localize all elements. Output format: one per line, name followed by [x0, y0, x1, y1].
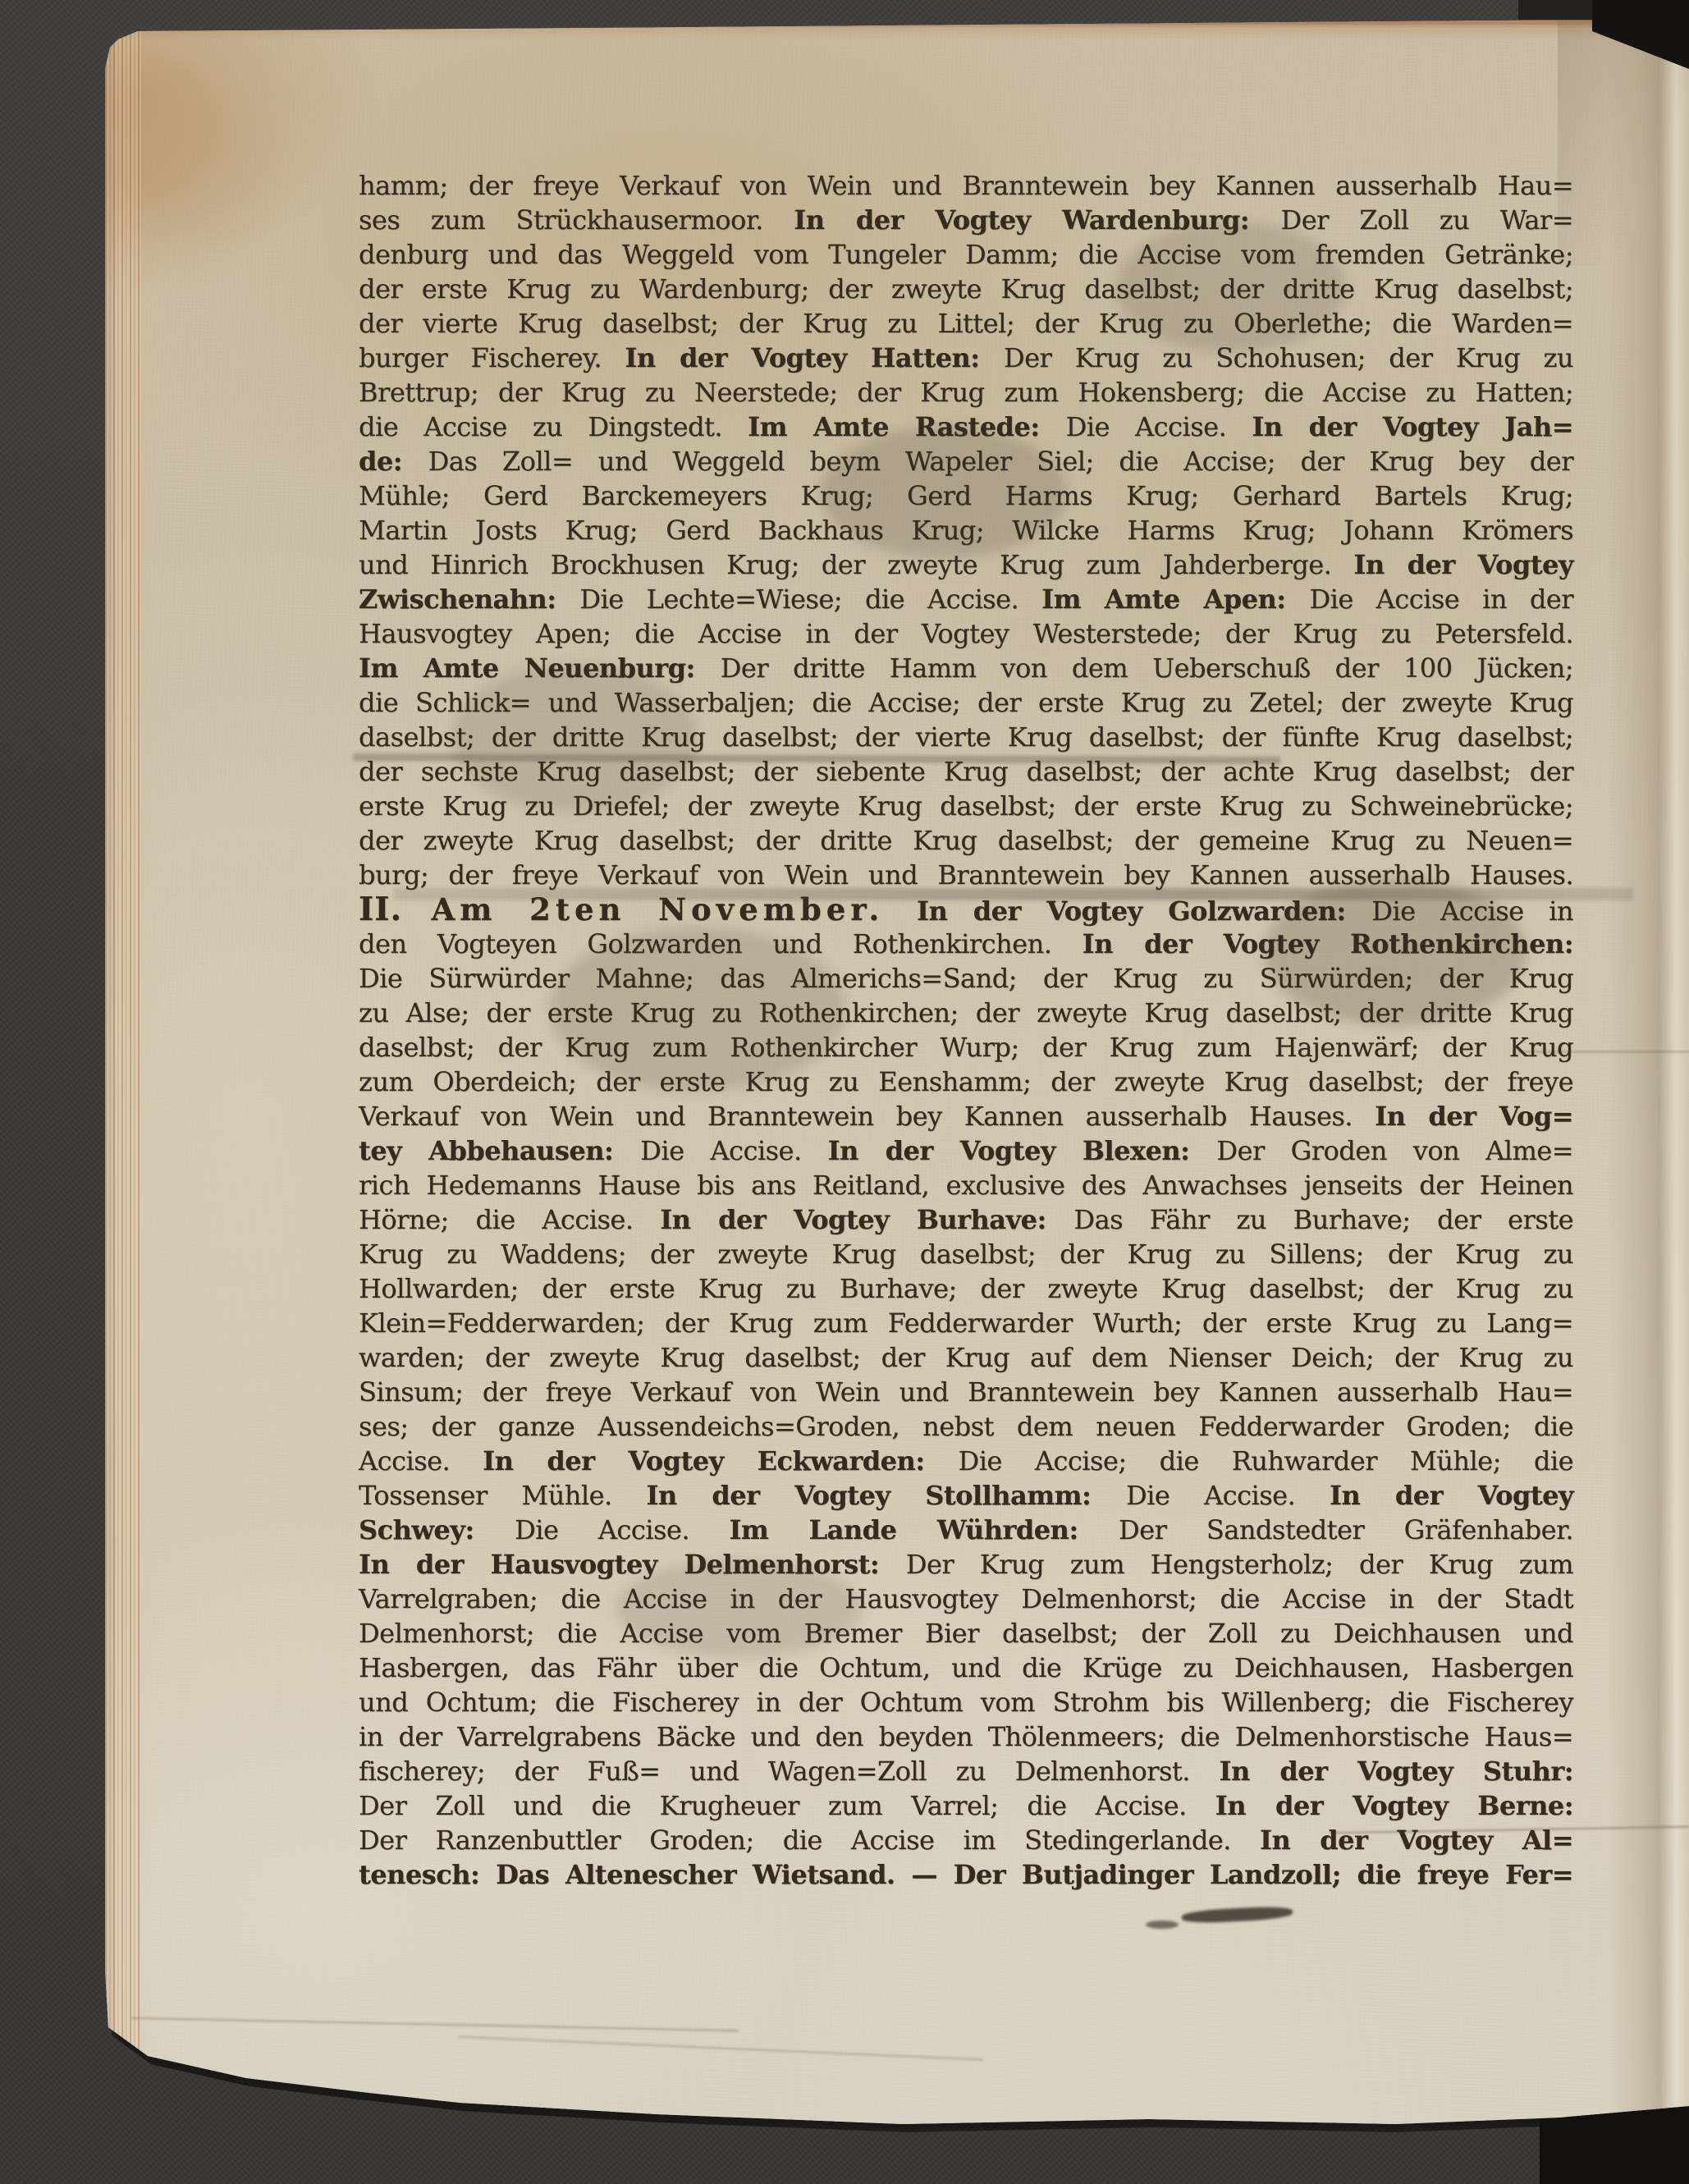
text-segment: Der Krug zum Hengsterholz; der Krug zum — [906, 1549, 1573, 1580]
text-segment-emphasis: Schwey: — [359, 1514, 515, 1545]
text-segment: Der dritte Hamm von dem Ueberschuß der 1… — [721, 652, 1573, 684]
text-segment-emphasis: In der Vog= — [1375, 1101, 1573, 1132]
text-segment: Der Zoll zu War= — [1281, 204, 1573, 236]
text-segment-emphasis: In der Vogtey Stuhr: — [1220, 1756, 1573, 1787]
text-segment: Die Accise; die Ruhwarder Mühle; die — [959, 1445, 1573, 1477]
text-segment: Die Accise in — [1371, 895, 1573, 927]
text-line: zum Oberdeich; der erste Krug zu Eensham… — [359, 1065, 1573, 1099]
text-segment-emphasis: Im Lande Wührden: — [729, 1514, 1119, 1545]
text-segment-emphasis: In der Vogtey Eckwarden: — [483, 1445, 958, 1477]
text-line: Hasbergen, das Fähr über die Ochtum, und… — [359, 1651, 1573, 1685]
text-line: daselbst; der dritte Krug daselbst; der … — [359, 720, 1573, 754]
text-line: Klein=Fedderwarden; der Krug zum Fedderw… — [359, 1306, 1573, 1340]
text-segment: Die Sürwürder Mahne; das Almerichs=Sand;… — [359, 963, 1573, 994]
text-segment: die Schlick= und Wasserbaljen; die Accis… — [359, 687, 1573, 718]
text-segment: der erste Krug zu Wardenburg; der zweyte… — [359, 273, 1573, 304]
text-segment-emphasis: Am 2ten November. — [432, 891, 917, 927]
text-segment-emphasis: de: — [359, 446, 428, 477]
text-line: ses zum Strückhausermoor. In der Vogtey … — [359, 203, 1573, 237]
text-segment: Die Accise. — [1066, 411, 1252, 442]
text-line: zu Alse; der erste Krug zu Rothenkirchen… — [359, 996, 1573, 1030]
text-segment: Mühle; Gerd Barckemeyers Krug; Gerd Harm… — [359, 480, 1573, 511]
text-segment: rich Hedemanns Hause bis ans Reitland, e… — [359, 1170, 1573, 1201]
text-line: der sechste Krug daselbst; der siebente … — [359, 754, 1573, 789]
page-text-block: hamm; der freye Verkauf von Wein und Bra… — [359, 168, 1573, 1892]
text-segment-emphasis: Im Amte Rastede: — [748, 411, 1066, 442]
mask-top-right-shade — [1518, 0, 1596, 20]
text-segment: Krug zu Waddens; der zweyte Krug daselbs… — [359, 1239, 1573, 1270]
text-segment: Hörne; die Accise. — [359, 1204, 660, 1235]
text-line: Martin Josts Krug; Gerd Backhaus Krug; W… — [359, 513, 1573, 547]
text-line: und Ochtum; die Fischerey in der Ochtum … — [359, 1685, 1573, 1719]
text-segment: der zweyte Krug daselbst; der dritte Kru… — [359, 825, 1573, 856]
text-line: burger Fischerey. In der Vogtey Hatten: … — [359, 341, 1573, 375]
text-segment: in der Varrelgrabens Bäcke und den beyde… — [359, 1721, 1573, 1752]
book-page: hamm; der freye Verkauf von Wein und Bra… — [105, 20, 1689, 2129]
text-segment: burger Fischerey. — [359, 342, 625, 373]
text-segment: Accise. — [359, 1445, 483, 1477]
text-segment: Die Accise. — [1126, 1480, 1330, 1511]
text-line: Im Amte Neuenburg: Der dritte Hamm von d… — [359, 651, 1573, 685]
text-segment: Klein=Fedderwarden; der Krug zum Fedderw… — [359, 1307, 1573, 1339]
text-segment: und Hinrich Brockhusen Krug; der zweyte … — [359, 549, 1353, 580]
text-line: der zweyte Krug daselbst; der dritte Kru… — [359, 823, 1573, 858]
text-segment: Hasbergen, das Fähr über die Ochtum, und… — [359, 1652, 1573, 1683]
text-line: Tossenser Mühle. In der Vogtey Stollhamm… — [359, 1478, 1573, 1513]
text-line: Brettrup; der Krug zu Neerstede; der Kru… — [359, 375, 1573, 410]
text-segment: Die Accise in der — [1309, 584, 1573, 615]
text-segment-emphasis: tenesch: — [359, 1859, 496, 1890]
scanned-book-photo: hamm; der freye Verkauf von Wein und Bra… — [0, 0, 1689, 2184]
text-segment: Der Ranzenbuttler Groden; die Accise im … — [359, 1825, 1260, 1856]
text-line: fischerey; der Fuß= und Wagen=Zoll zu De… — [359, 1754, 1573, 1788]
text-line: und Hinrich Brockhusen Krug; der zweyte … — [359, 547, 1573, 582]
text-segment: warden; der zweyte Krug daselbst; der Kr… — [359, 1342, 1573, 1373]
text-line: den Vogteyen Golzwarden und Rothenkirche… — [359, 927, 1573, 961]
text-segment: der sechste Krug daselbst; der siebente … — [359, 756, 1573, 787]
text-line: denburg und das Weggeld vom Tungeler Dam… — [359, 237, 1573, 272]
text-line: Mühle; Gerd Barckemeyers Krug; Gerd Harm… — [359, 478, 1573, 513]
text-line: die Schlick= und Wasserbaljen; die Accis… — [359, 685, 1573, 720]
text-line: rich Hedemanns Hause bis ans Reitland, e… — [359, 1168, 1573, 1202]
text-segment-emphasis: In der Vogtey Burhave: — [660, 1204, 1073, 1235]
text-segment: erste Krug zu Driefel; der zweyte Krug d… — [359, 790, 1573, 822]
text-line: Der Ranzenbuttler Groden; die Accise im … — [359, 1823, 1573, 1857]
text-segment: Varrelgraben; die Accise in der Hausvogt… — [359, 1583, 1573, 1614]
text-line: Krug zu Waddens; der zweyte Krug daselbs… — [359, 1237, 1573, 1271]
text-line: Hollwarden; der erste Krug zu Burhave; d… — [359, 1271, 1573, 1306]
text-segment: Tossenser Mühle. — [359, 1480, 646, 1511]
text-line: Der Zoll und die Krugheuer zum Varrel; d… — [359, 1788, 1573, 1823]
text-line: erste Krug zu Driefel; der zweyte Krug d… — [359, 789, 1573, 823]
text-line: warden; der zweyte Krug daselbst; der Kr… — [359, 1340, 1573, 1375]
text-segment: ses; der ganze Aussendeichs=Groden, nebs… — [359, 1411, 1573, 1442]
text-segment-emphasis: Im Amte Apen: — [1041, 584, 1309, 615]
text-segment-emphasis: In der Vogtey Blexen: — [828, 1135, 1217, 1166]
text-segment: Der Zoll und die Krugheuer zum Varrel; d… — [359, 1790, 1215, 1821]
text-line: Varrelgraben; die Accise in der Hausvogt… — [359, 1582, 1573, 1616]
text-segment-emphasis: II. — [359, 891, 432, 928]
text-segment-emphasis: In der Vogtey — [1353, 549, 1573, 580]
text-line: Sinsum; der freye Verkauf von Wein und B… — [359, 1375, 1573, 1409]
text-segment: der vierte Krug daselbst; der Krug zu Li… — [359, 308, 1573, 339]
text-segment: Das Fähr zu Burhave; der erste — [1073, 1204, 1573, 1235]
text-segment: fischerey; der Fuß= und Wagen=Zoll zu De… — [359, 1756, 1220, 1787]
text-segment: Die Lechte=Wiese; die Accise. — [579, 584, 1041, 615]
text-segment: daselbst; der Krug zum Rothenkircher Wur… — [359, 1032, 1573, 1063]
ink-smear — [1182, 1905, 1293, 1924]
text-line: II. Am 2ten November. In der Vogtey Golz… — [359, 892, 1573, 927]
text-segment: die Accise zu Dingstedt. — [359, 411, 748, 442]
ink-smear — [1146, 1921, 1179, 1929]
text-segment-emphasis: In der Vogtey Golzwarden: — [917, 895, 1371, 927]
text-line: Die Sürwürder Mahne; das Almerichs=Sand;… — [359, 961, 1573, 996]
text-segment: zu Alse; der erste Krug zu Rothenkirchen… — [359, 997, 1573, 1028]
text-segment-emphasis: In der Vogtey Jah= — [1252, 411, 1573, 442]
text-segment-emphasis: Im Amte Neuenburg: — [359, 652, 721, 684]
text-segment: Die Accise. — [515, 1514, 729, 1545]
text-segment: Verkauf von Wein und Branntewein bey Kan… — [359, 1101, 1375, 1132]
text-segment-emphasis: Zwischenahn: — [359, 584, 579, 615]
text-segment: ses zum Strückhausermoor. — [359, 204, 794, 236]
text-segment: zum Oberdeich; der erste Krug zu Eensham… — [359, 1066, 1573, 1097]
text-line: Delmenhorst; die Accise vom Bremer Bier … — [359, 1616, 1573, 1651]
text-line: der erste Krug zu Wardenburg; der zweyte… — [359, 272, 1573, 306]
text-line: Accise. In der Vogtey Eckwarden: Die Acc… — [359, 1444, 1573, 1478]
paper-crease — [131, 2017, 739, 2031]
text-segment: Die Accise. — [640, 1135, 827, 1166]
text-segment: Hollwarden; der erste Krug zu Burhave; d… — [359, 1273, 1573, 1304]
text-line: ses; der ganze Aussendeichs=Groden, nebs… — [359, 1409, 1573, 1444]
text-segment: Der Krug zu Schohusen; der Krug zu — [1004, 342, 1573, 373]
text-segment: Der Groden von Alme= — [1216, 1135, 1573, 1166]
text-segment-emphasis: In der Vogtey Wardenburg: — [794, 204, 1280, 236]
text-line: Verkauf von Wein und Branntewein bey Kan… — [359, 1099, 1573, 1133]
text-segment-emphasis: In der Hausvogtey Delmenhorst: — [359, 1549, 906, 1580]
text-segment: burg; der freye Verkauf von Wein und Bra… — [359, 859, 1573, 891]
text-line: Hörne; die Accise. In der Vogtey Burhave… — [359, 1202, 1573, 1237]
text-segment: Brettrup; der Krug zu Neerstede; der Kru… — [359, 377, 1573, 408]
text-segment: Der Sandstedter Gräfenhaber. — [1119, 1514, 1573, 1545]
text-line: de: Das Zoll= und Weggeld beym Wapeler S… — [359, 444, 1573, 478]
text-line: in der Varrelgrabens Bäcke und den beyde… — [359, 1719, 1573, 1754]
text-line: Schwey: Die Accise. Im Lande Wührden: De… — [359, 1513, 1573, 1547]
text-line: der vierte Krug daselbst; der Krug zu Li… — [359, 306, 1573, 341]
text-segment: denburg und das Weggeld vom Tungeler Dam… — [359, 239, 1573, 270]
text-segment: Martin Josts Krug; Gerd Backhaus Krug; W… — [359, 515, 1573, 546]
text-line: daselbst; der Krug zum Rothenkircher Wur… — [359, 1030, 1573, 1065]
text-line: In der Hausvogtey Delmenhorst: Der Krug … — [359, 1547, 1573, 1582]
text-segment-emphasis: In der Vogtey Rothenkirchen: — [1083, 928, 1573, 959]
text-line: tey Abbehausen: Die Accise. In der Vogte… — [359, 1133, 1573, 1168]
text-segment-emphasis: In der Vogtey Hatten: — [625, 342, 1004, 373]
text-line: Hausvogtey Apen; die Accise in der Vogte… — [359, 616, 1573, 651]
paper-crease — [458, 2035, 983, 2061]
text-segment-emphasis: In der Vogtey — [1330, 1480, 1573, 1511]
text-segment: und Ochtum; die Fischerey in der Ochtum … — [359, 1687, 1573, 1718]
text-segment: den Vogteyen Golzwarden und Rothenkirche… — [359, 928, 1083, 959]
text-line: hamm; der freye Verkauf von Wein und Bra… — [359, 168, 1573, 203]
text-segment: Delmenhorst; die Accise vom Bremer Bier … — [359, 1618, 1573, 1649]
text-segment-emphasis: Der Butjadinger Landzoll; die freye Fer= — [954, 1859, 1573, 1890]
text-segment: Hausvogtey Apen; die Accise in der Vogte… — [359, 618, 1573, 649]
text-line: Zwischenahn: Die Lechte=Wiese; die Accis… — [359, 582, 1573, 616]
page-red-edge-tint — [121, 20, 1673, 27]
text-segment: hamm; der freye Verkauf von Wein und Bra… — [359, 170, 1573, 201]
text-segment-emphasis: In der Vogtey Stollhamm: — [646, 1480, 1126, 1511]
text-line: die Accise zu Dingstedt. Im Amte Rastede… — [359, 410, 1573, 444]
text-segment-emphasis: Das Altenescher Wietsand. — — [496, 1859, 953, 1890]
text-segment: Das Zoll= und Weggeld beym Wapeler Siel;… — [428, 446, 1573, 477]
text-segment-emphasis: In der Vogtey Berne: — [1215, 1790, 1573, 1821]
text-segment-emphasis: tey Abbehausen: — [359, 1135, 640, 1166]
text-line: tenesch: Das Altenescher Wietsand. — Der… — [359, 1857, 1573, 1892]
page-leaf-edges — [105, 28, 141, 2080]
text-segment-emphasis: In der Vogtey Al= — [1260, 1825, 1573, 1856]
text-segment: daselbst; der dritte Krug daselbst; der … — [359, 721, 1573, 753]
text-segment: Sinsum; der freye Verkauf von Wein und B… — [359, 1376, 1573, 1408]
text-line: burg; der freye Verkauf von Wein und Bra… — [359, 858, 1573, 892]
